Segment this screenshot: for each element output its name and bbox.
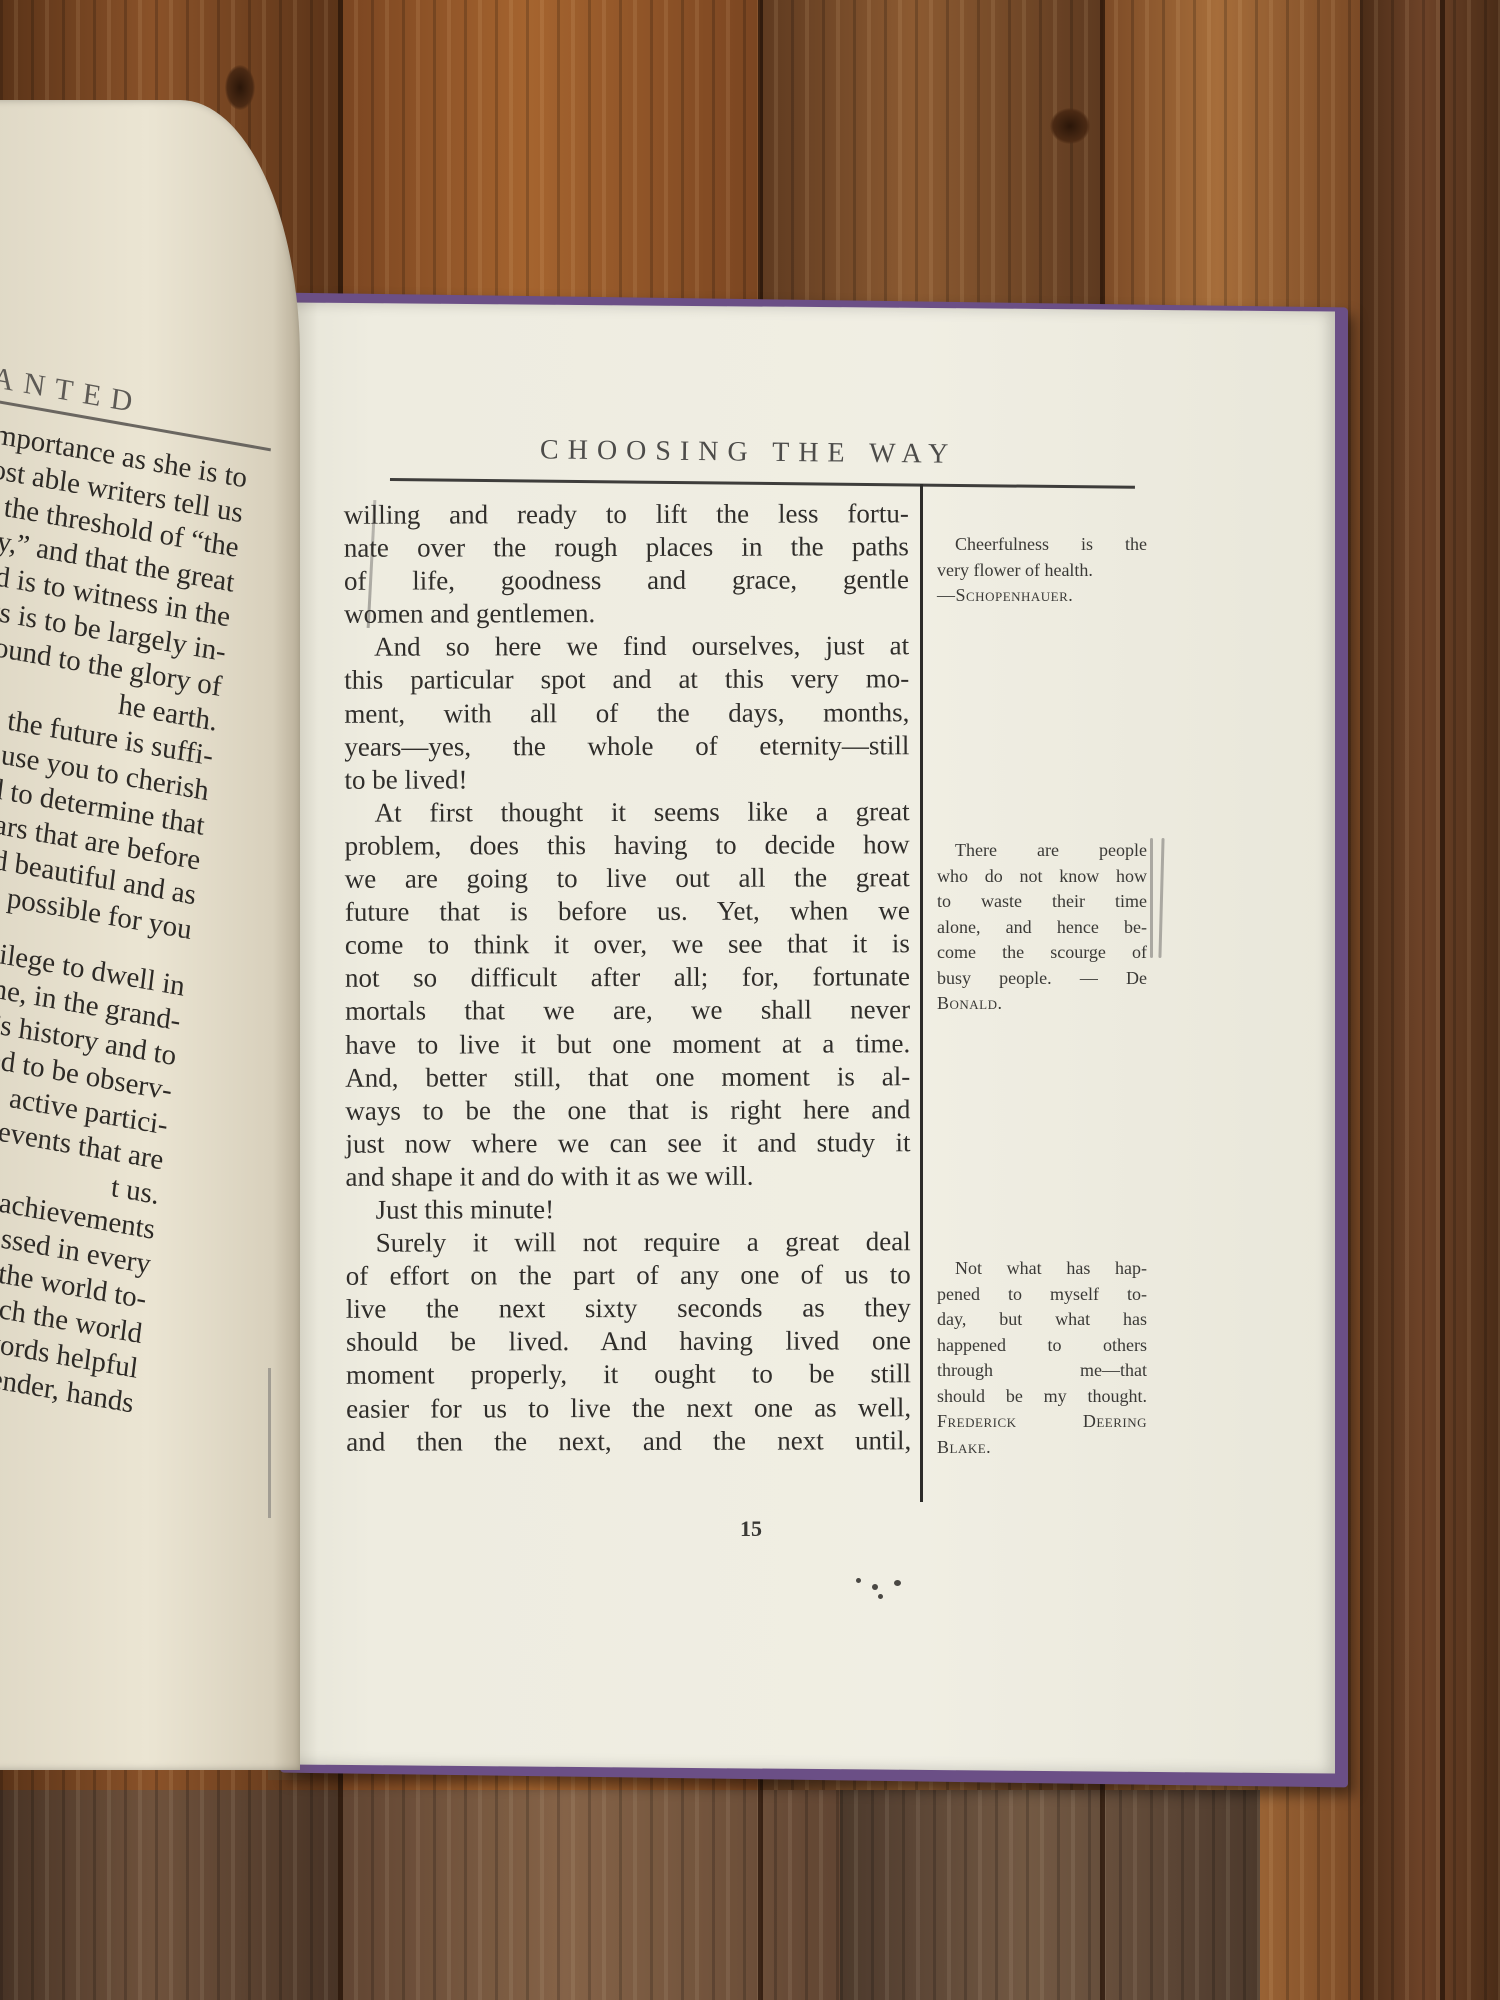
sidenote-attribution: —Schopenhauer. [937,583,1147,609]
text-line: moment properly, it ought to be still [346,1358,911,1393]
text-line: years—yes, the whole of eternity—still [344,729,909,764]
left-page: WANTED importance as she is tomost able … [0,100,300,1770]
sidenote-line: through me—that [937,1358,1147,1384]
text-line: And, better still, that one moment is al… [345,1060,910,1095]
sidenote-line: to waste their time [937,889,1147,915]
sidenote-line: very flower of health. [937,558,1147,584]
sidenote-line: who do not know how [937,864,1147,890]
plank-seam [1440,0,1445,2000]
sidenote-line: alone, and hence be- [937,915,1147,941]
text-line: have to live it but one moment at a time… [345,1027,910,1062]
text-line: just now where we can see it and study i… [345,1126,910,1161]
sidenote-attribution: Blake. [937,1435,1147,1461]
sidenote-line: busy people. — De [937,966,1147,992]
text-line: Surely it will not require a great deal [346,1225,911,1260]
wood-plank [340,1790,840,2000]
text-line: problem, does this having to decide how [345,828,910,863]
text-line: to be lived! [344,762,909,797]
text-line: and shape it and do with it as we will. [345,1159,910,1194]
sidenote-blake: Not what has hap-pened to myself to-day,… [937,1256,1147,1460]
sidenote-de-bonald: There are peoplewho do not know howto wa… [937,838,1147,1017]
text-line: mortals that we are, we shall never [345,994,910,1029]
wood-plank [0,1790,340,2000]
left-page-text: WANTED importance as she is tomost able … [0,355,295,1429]
ink-specks [848,1570,908,1610]
running-head: CHOOSING THE WAY [540,434,1040,471]
wood-knot [1050,108,1090,144]
text-line: not so difficult after all; for, fortuna… [345,961,910,996]
text-line: women and gentlemen. [344,597,909,632]
text-line: of effort on the part of any one of us t… [346,1258,911,1293]
pencil-marks [1150,838,1170,958]
text-line: and then the next, and the next until, [346,1424,911,1459]
text-line: Just this minute! [346,1192,911,1227]
text-line: come to think it over, we see that it is [345,927,910,962]
text-line: ment, with all of the days, months, [344,696,909,731]
text-line: nate over the rough places in the paths [344,530,909,565]
pencil-mark [268,1368,271,1518]
column-rule [920,484,923,1502]
left-page-lines: importance as she is tomost able writers… [0,410,289,1429]
page-number: 15 [740,1516,762,1542]
text-line: future that is before us. Yet, when we [345,894,910,929]
sidenote-attribution: Bonald. [937,991,1147,1017]
sidenote-line: happened to others [937,1333,1147,1359]
sidenote-line: There are people [937,838,1147,864]
text-line: ways to be the one that is right here an… [345,1093,910,1128]
sidenote-line: come the scourge of [937,940,1147,966]
text-line: willing and ready to lift the less fortu… [344,497,909,532]
text-line: should be lived. And having lived one [346,1325,911,1360]
text-line: this particular spot and at this very mo… [344,663,909,698]
sidenote-line: Cheerfulness is the [937,532,1147,558]
wood-knot [225,65,255,110]
wood-plank [840,1790,1260,2000]
text-line: live the next sixty seconds as they [346,1292,911,1327]
main-text-column: willing and ready to lift the less fortu… [344,497,912,1458]
wood-plank [1360,0,1500,2000]
text-line: we are going to live out all the great [345,861,910,896]
text-line: of life, goodness and grace, gentle [344,563,909,598]
sidenote-line: Not what has hap- [937,1256,1147,1282]
sidenote-line: should be my thought. [937,1384,1147,1410]
text-line: At first thought it seems like a great [345,795,910,830]
sidenote-line: day, but what has [937,1307,1147,1333]
sidenote-schopenhauer: Cheerfulness is thevery flower of health… [937,532,1147,609]
text-line: easier for us to live the next one as we… [346,1391,911,1426]
sidenote-attribution: Frederick Deering [937,1409,1147,1435]
sidenote-line: pened to myself to- [937,1282,1147,1308]
text-line: And so here we find ourselves, just at [344,630,909,665]
